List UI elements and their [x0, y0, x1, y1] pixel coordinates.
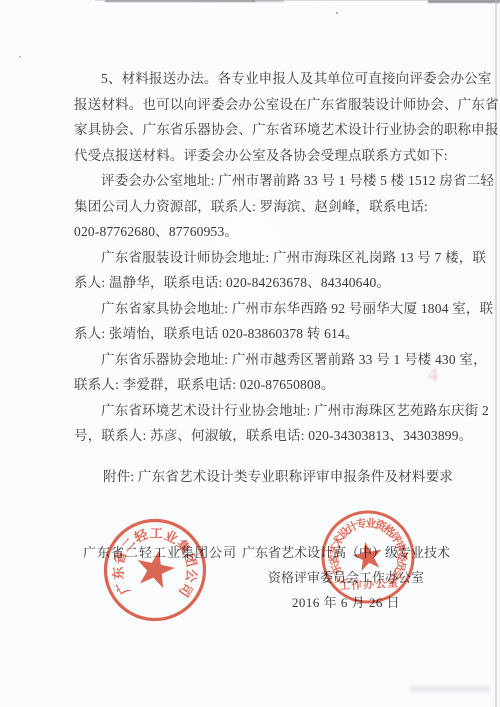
body-line: 广东省乐器协会地址: 广州市越秀区署前路 33 号 1 号楼 430 室，: [74, 347, 474, 373]
seal-ring-text-char: 团: [182, 552, 200, 569]
seal-ring-text-char: 东: [110, 566, 126, 580]
body-line: 代受点报送材料。评委会办公室及各协会受理点联系方式如下:: [74, 143, 474, 169]
left-company-seal: 广东省二轻工业集团公司: [89, 504, 221, 636]
seal-star-icon: [351, 539, 385, 572]
body-line: 020-87762680、87760953。: [74, 219, 474, 245]
scan-artifact-speck: [19, 56, 21, 58]
scan-artifact-speck: [336, 12, 338, 14]
seal-star-icon: [133, 546, 178, 589]
seal-ring-text-char: 工: [150, 525, 164, 540]
body-line: 广东省环境艺术设计行业协会地址: 广州市海珠区艺苑路东庆街 2: [74, 398, 474, 424]
body-line: 系人: 张靖怡，联系电话 020-83860378 转 614。: [74, 321, 474, 347]
body-line: 家具协会、广东省乐器协会、广东省环境艺术设计行业协会的职称申报: [74, 117, 474, 143]
body-line: 5、材料报送办法。各专业申报人及其单位可直接向评委会办公室: [74, 66, 474, 92]
scan-artifact-top-line: [95, 0, 500, 1]
body-line: 报送材料。也可以向评委会办公室设在广东省服装设计师协会、广东省: [74, 92, 474, 118]
scan-artifact-top-smudge: [105, 0, 255, 2]
body-line: 广东省服装设计师协会地址: 广州市海珠区礼岗路 13 号 7 楼，联: [74, 245, 474, 271]
body-line: 广东省家具协会地址: 广州市东华西路 92 号丽华大厦 1804 室，联: [74, 296, 474, 322]
body-line: 号，联系人: 苏彦、何淑敏，联系电话: 020-34303813、3430389…: [74, 423, 474, 449]
body-line: 系人: 温静华，联系电话: 020-84263678、84340640。: [74, 270, 474, 296]
right-committee-seal: 工作办公室 广东省艺术设计专业资格评审委员会: [301, 490, 436, 625]
seal-ring-text-char: 广: [113, 579, 132, 598]
scan-artifact-top-smudge: [252, 0, 284, 2]
scan-artifact-bottom-smudge: [410, 686, 490, 692]
body-line: 集团公司人力资源部，联系人: 罗海滨、赵剑峰，联系电话:: [74, 194, 474, 220]
attachment-line: 附件: 广东省艺术设计类专业职称评审申报条件及材料要求: [74, 464, 474, 490]
scan-artifact-top-smudge: [428, 0, 500, 3]
document-body: 5、材料报送办法。各专业申报人及其单位可直接向评委会办公室 报送材料。也可以向评…: [74, 66, 474, 449]
seal-ring-text-char: 司: [176, 581, 196, 600]
body-line: 联系人: 李爱群，联系电话: 020-87650808。: [74, 372, 474, 398]
body-line: 评委会办公室地址: 广州市署前路 33 号 1 号楼 5 楼 1512 房省二轻: [74, 168, 474, 194]
scanned-document-page: 4 5、材料报送办法。各专业申报人及其单位可直接向评委会办公室 报送材料。也可以…: [0, 0, 500, 707]
